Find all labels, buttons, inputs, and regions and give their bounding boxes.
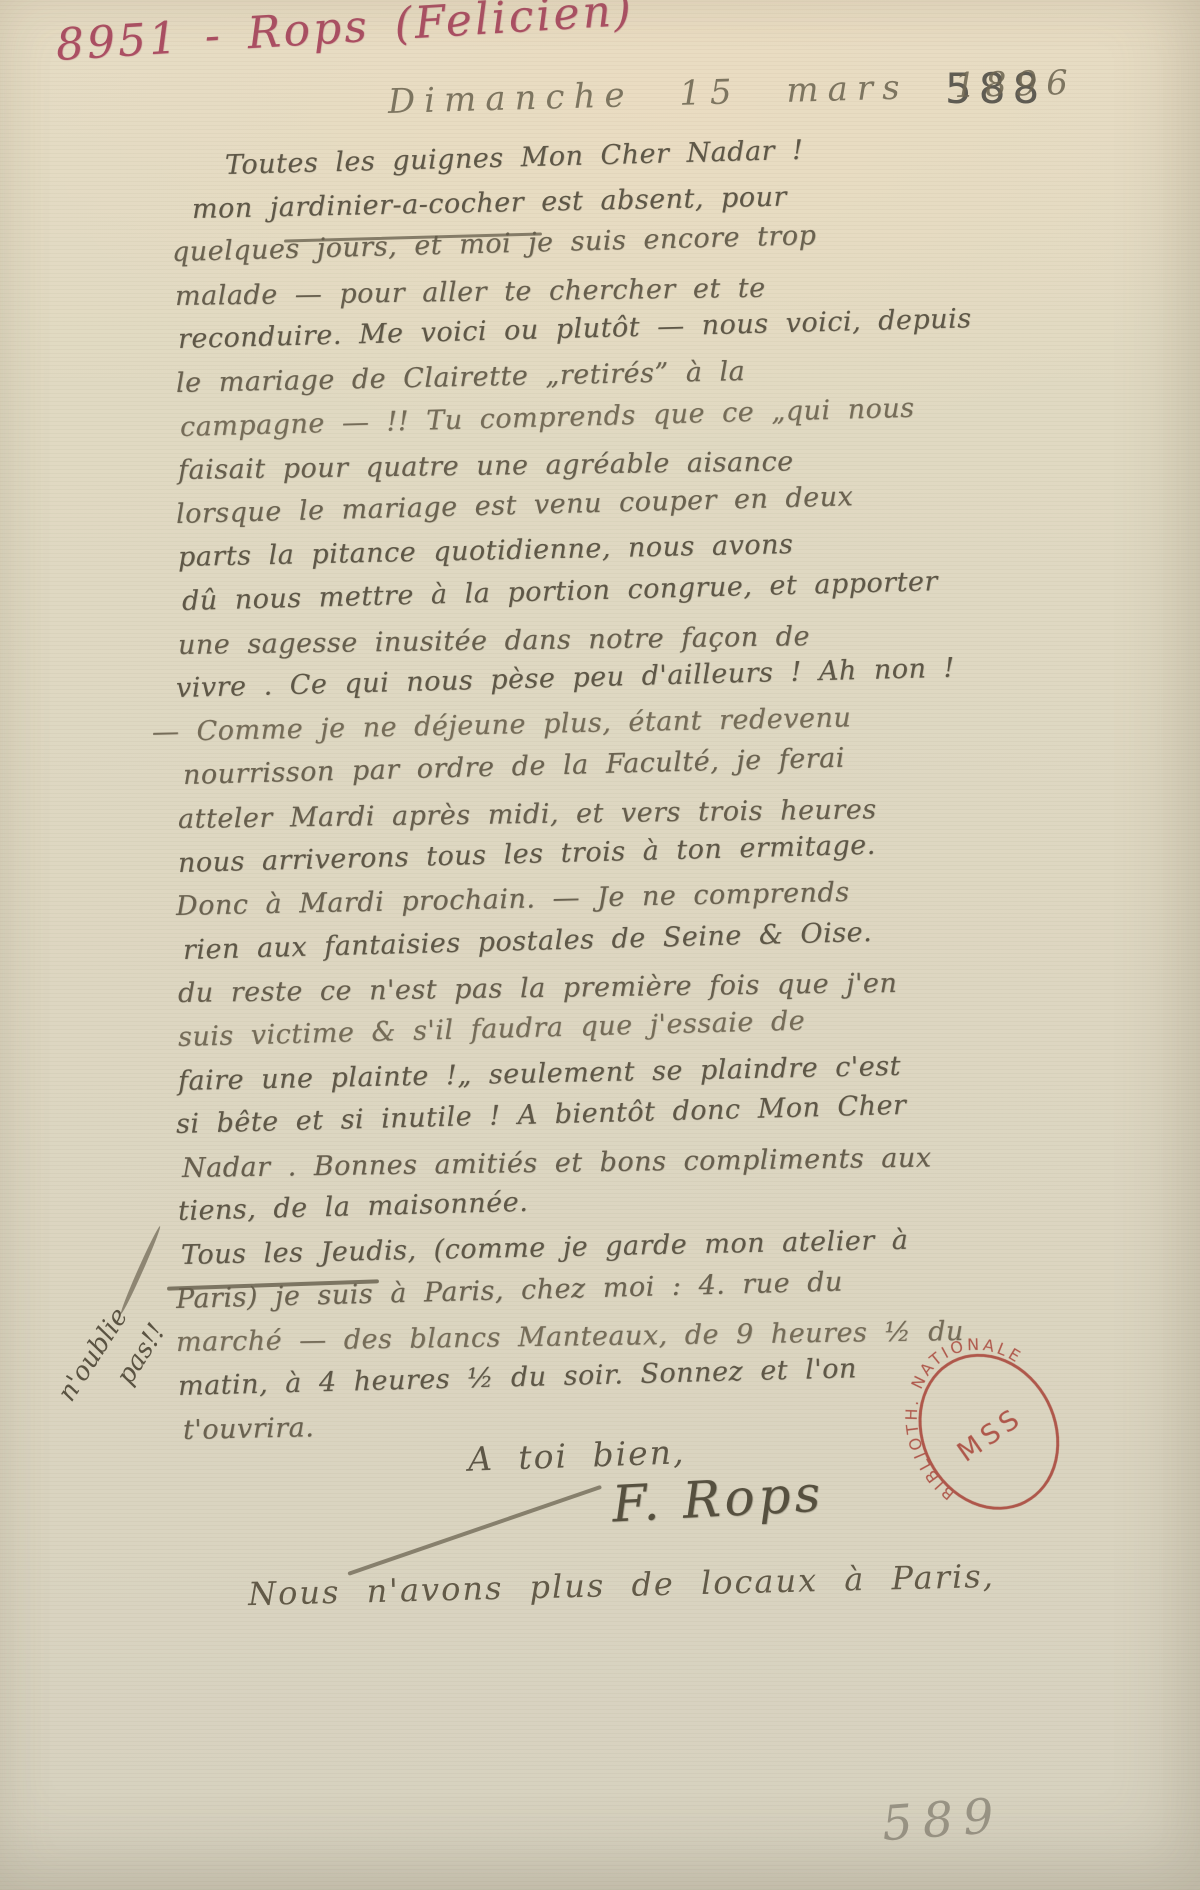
stamp-center-text: MSS xyxy=(952,1401,1029,1468)
letter-line: reconduire. Me voici ou plutôt — nous vo… xyxy=(178,303,972,355)
letter-line: Donc à Mardi prochain. — Je ne comprends xyxy=(176,877,850,922)
signature-f-rops: F. Rops xyxy=(611,1464,826,1533)
letter-line: campagne — !! Tu comprends que ce „qui n… xyxy=(180,393,915,443)
letter-line: Paris) je suis à Paris, chez moi : 4. ru… xyxy=(176,1267,844,1315)
letter-line: faire une plainte !„ seulement se plaind… xyxy=(178,1051,902,1097)
letter-line: malade — pour aller te chercher et te xyxy=(175,273,766,312)
letter-line: mon jardinier-a-cocher est absent, pour xyxy=(192,182,787,225)
catalog-annotation: 8951 - Rops (Felicien) xyxy=(54,0,635,71)
letter-line: parts la pitance quotidienne, nous avons xyxy=(178,529,794,573)
letter-line: suis victime & s'il faudra que j'essaie … xyxy=(178,1006,806,1053)
letter-line: Toutes les guignes Mon Cher Nadar ! xyxy=(225,135,804,181)
letter-line: tiens, de la maisonnée. xyxy=(178,1187,529,1227)
letter-closing: A toi bien, xyxy=(467,1432,686,1479)
signature-flourish xyxy=(347,1485,602,1576)
letter-line: dû nous mettre à la portion congrue, et … xyxy=(182,566,939,617)
letter-line: une sagesse inusitée dans notre façon de xyxy=(178,621,810,661)
letter-line: faisait pour quatre une agréable aisance xyxy=(178,446,794,486)
letter-line: quelques jours, et moi je suis encore tr… xyxy=(172,220,817,268)
letter-dateline: Dimanche 15 mars 1896 xyxy=(387,63,1077,122)
letter-line: du reste ce n'est pas la première fois q… xyxy=(178,968,898,1009)
letter-line: nourrisson par ordre de la Faculté, je f… xyxy=(183,743,846,791)
letter-line: matin, à 4 heures ½ du soir. Sonnez et l… xyxy=(178,1353,858,1402)
letter-line: nous arriverons tous les trois à ton erm… xyxy=(178,830,877,879)
letter-scan-page: 8951 - Rops (Felicien) 588 Dimanche 15 m… xyxy=(0,0,1200,1890)
folio-number-bottom: 589 xyxy=(880,1788,1005,1852)
letter-line: marché — des blancs Manteaux, de 9 heure… xyxy=(176,1316,964,1358)
letter-line: vivre . Ce qui nous pèse peu d'ailleurs … xyxy=(176,653,956,704)
letter-line: t'ouvrira. xyxy=(183,1412,315,1446)
letter-line: le mariage de Clairette „retirés” à la xyxy=(176,356,746,399)
letter-line: — Comme je ne déjeune plus, étant redeve… xyxy=(152,702,852,748)
letter-line: Nadar . Bonnes amitiés et bons complimen… xyxy=(182,1143,932,1184)
letter-line: atteler Mardi après midi, et vers trois … xyxy=(178,794,877,835)
letter-line: rien aux fantaisies postales de Seine & … xyxy=(183,917,873,966)
letter-postscript: Nous n'avons plus de locaux à Paris, xyxy=(248,1557,996,1613)
letter-line: Tous les Jeudis, (comme je garde mon ate… xyxy=(181,1225,909,1271)
letter-line: si bête et si inutile ! A bientôt donc M… xyxy=(176,1090,907,1140)
letter-line: lorsque le mariage est venu couper en de… xyxy=(176,481,854,530)
